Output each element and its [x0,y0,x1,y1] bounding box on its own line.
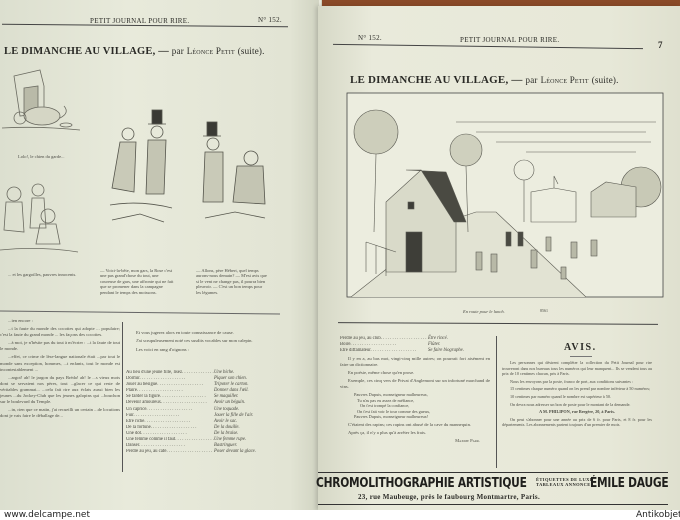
right-page: N° 152. Petit Journal pour Rire. 7 LE DI… [318,6,680,510]
notice-body: Les personnes qui désirent compléter la … [502,360,652,430]
paragraph: On peut s'abonner pour une année au prix… [502,417,652,428]
vocab-list-continued: Perdre au jeu, au club.Être rincé. Boire… [340,336,490,354]
paragraph: Nous les envoyons par la poste, franco d… [502,379,652,385]
caption-couple: — Voici-la-bête, mon gars, la Rose c'est… [100,268,174,295]
list-intro: Les voici en rang d'oignons : [128,347,278,353]
section-rule [338,322,658,325]
vocab-row: Être diffamateur.Se faire biographe. [340,348,490,354]
paragraph: En poésie, même chose qu'en prose. [340,370,490,376]
vocab-row: Perdre au jeu, au café.Poser devant la g… [126,449,286,455]
author-name: Léonce Petit [187,46,235,56]
paragraph: ...argot! ah! le jargon du pays Bréda! a… [0,375,120,405]
author-name: Léonce Petit [541,75,589,85]
ad-subline: Étiquettes de luxe Tableaux annonces [536,477,594,487]
byline-prefix: par [172,46,184,56]
title-text: LE DIMANCHE AU VILLAGE, — [4,46,169,57]
header-rule [2,24,288,27]
watermark-left: www.delcampe.net [4,510,90,520]
verse: Pauvres Dupuis, monseigneur malheureux, … [340,392,490,419]
notice-address: A M. PHILIPON, rue Bergère, 20, à Paris. [502,409,652,415]
vocab-term: Être diffamateur. [340,348,428,354]
vocab-list: Au lieu d'une jeune fille, lisez.Une bic… [126,370,286,455]
paragraph: Il y en a, au bas mot, vingt-cinq mille … [340,356,490,368]
vocab-slang: Poser devant la glace. [214,449,256,455]
paragraph: ...effet, ce crime de lèse-langue nation… [0,354,120,372]
caption-kids: ... et les gargoilles, pauvres innocents… [8,272,78,277]
watermark-right: Antikobjet [636,510,680,520]
paragraph: 15 centimes chaque numéro quand on les p… [502,386,652,392]
byline-prefix: par [526,75,538,85]
couple-illustration [100,90,180,250]
notice-title: AVIS. [564,342,597,353]
paragraph: J'ai scrupuleusement noté ces susdits vo… [128,338,278,344]
paragraph: ...ien encore : [0,318,120,324]
ad-company: ÉMILE DAUGE [590,476,668,491]
byline-suffix: (suite). [592,75,619,85]
notice-title-rule [570,356,592,357]
right-running-head: Petit Journal pour Rire. [460,36,559,44]
dog-kennel-illustration [0,68,95,158]
paragraph: Exemple, ces cinq vers de Privat d'Angle… [340,378,490,390]
left-text-column: ...ien encore : ...t la faute du monde d… [0,318,120,421]
signature: Maxime Parr. [340,438,490,444]
scanned-spread: Petit Journal pour Rire. N° 152. LE DIMA… [0,0,680,510]
header-rule [333,44,643,49]
children-illustration [0,180,80,260]
verse-line: Pauvres Dupuis, monseigneur malheureux! [354,414,490,419]
paragraph: 10 centimes par numéro quand le nombre e… [502,394,652,400]
paragraph: C'étaient des rapins; ces rapins ont abu… [340,422,490,428]
old-men-illustration [195,90,275,250]
paragraph: ...in, rien que ce matin, j'ai recueilli… [0,407,120,419]
vocab-intro: Et vous jugerez alors en toute connaissa… [128,330,278,355]
left-issue-number: N° 152. [258,16,282,24]
paragraph: ...t la faute du monde des cocottes qui … [0,326,120,338]
section-rule [0,311,280,315]
ad-rule-bottom [318,504,668,505]
title-text: LE DIMANCHE AU VILLAGE, — [350,74,523,86]
engraver-mark: 8561 [540,308,548,313]
ad-headline: CHROMOLITHOGRAPHIE ARTISTIQUE [316,476,527,491]
left-page: Petit Journal pour Rire. N° 152. LE DIMA… [0,0,322,510]
column-divider [496,336,497,468]
village-scene-illustration [346,92,666,302]
vocab-term: Perdre au jeu, au café. [126,449,214,455]
ad-subline-2: Tableaux annonces [536,482,594,487]
caption-dog: Lolo!, le chien du garde... [18,154,98,159]
paragraph: Après ça, il n'y a plus qu'à arrêter les… [340,430,490,436]
vocab-slang: Se faire biographe. [428,348,464,354]
illustration-caption: En route pour le lunch. [463,309,505,314]
paragraph: Et vous jugerez alors en toute connaissa… [128,330,278,336]
paragraph: On devra nous adresser un bon de poste p… [502,402,652,408]
left-article-title: LE DIMANCHE AU VILLAGE, — par Léonce Pet… [4,46,265,57]
paragraph: ...à moi, je n'hésite pas du tout à m'éc… [0,340,120,352]
ad-address: 23, rue Maubeuge, près le faubourg Montm… [358,493,540,501]
caption-old-men: — Allons, père Hébert, quel temps aurons… [196,268,268,295]
page-number: 7 [658,40,663,50]
byline-suffix: (suite). [238,46,265,56]
right-text-column: Il y en a, au bas mot, vingt-cinq mille … [340,356,490,444]
right-issue-number: N° 152. [358,34,382,42]
column-divider [122,322,123,472]
ad-rule-top [318,472,668,473]
paragraph: Les personnes qui désirent compléter la … [502,360,652,377]
right-article-title: LE DIMANCHE AU VILLAGE, — par Léonce Pet… [350,74,619,86]
